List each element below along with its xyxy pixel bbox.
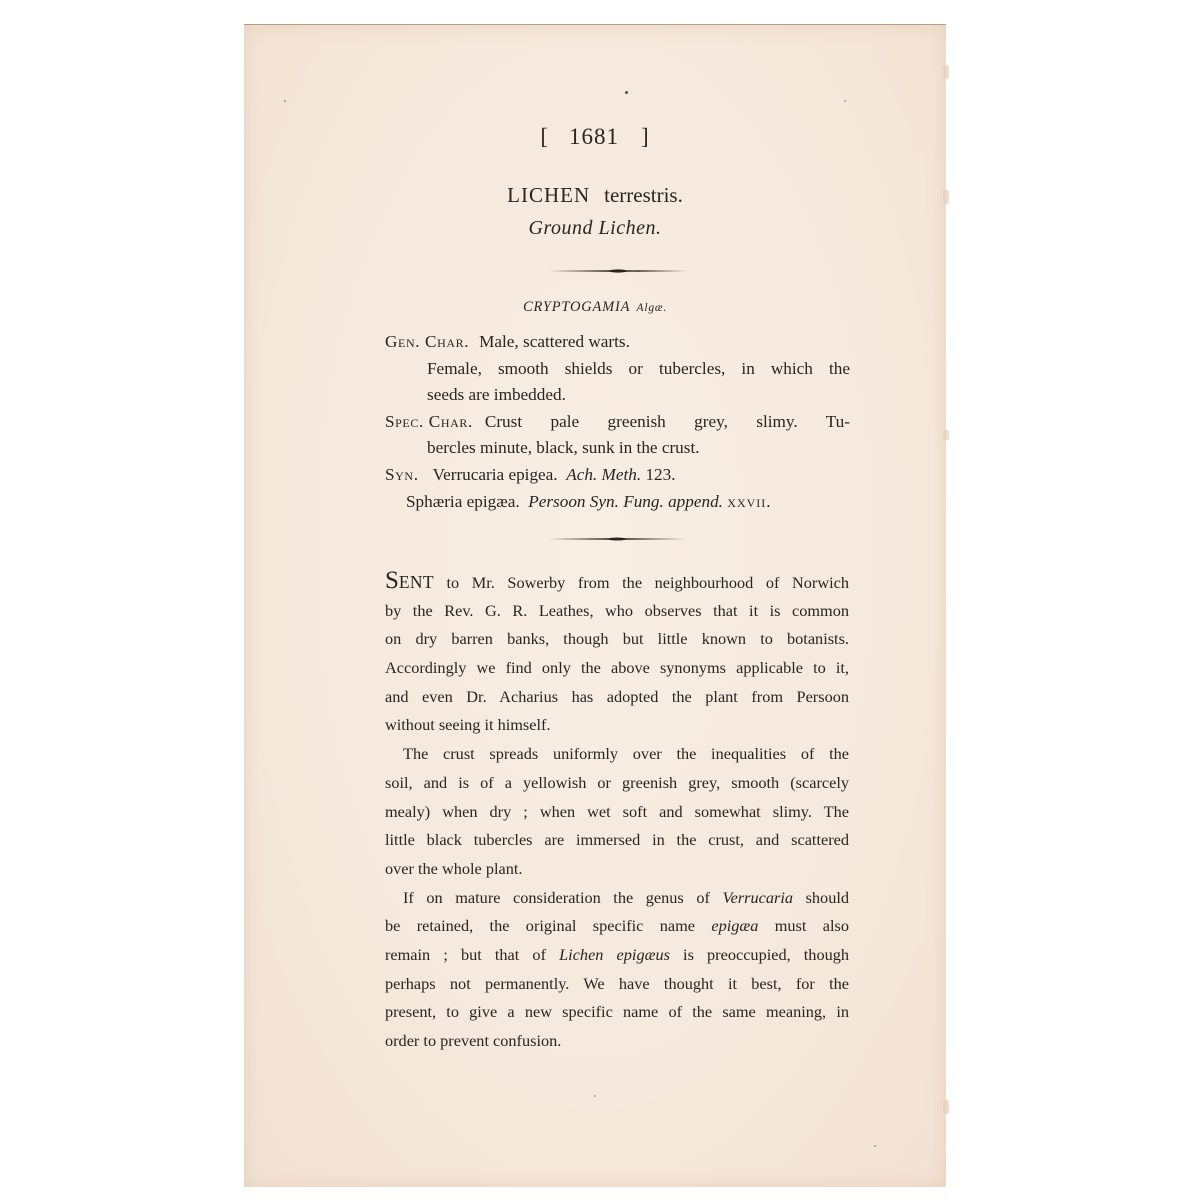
text-line: present, to give a new specific name of …: [385, 998, 849, 1027]
spec-char-label: Spec. Char.: [385, 409, 473, 436]
text-line: by the Rev. G. R. Leathes, who observes …: [385, 597, 849, 626]
paper-speck: [625, 91, 628, 94]
text-line: over the whole plant.: [385, 855, 849, 884]
characters-block: Gen. Char.Male, scattered warts. Female,…: [385, 329, 850, 515]
book-page: [1681] LICHENterrestris. Ground Lichen. …: [244, 24, 946, 1187]
text-line: without seeing it himself.: [385, 711, 849, 740]
synonym-page: xxvii.: [727, 492, 771, 511]
spec-char-line: Spec. Char.Crust pale greenish grey, sli…: [385, 409, 850, 436]
synonym-name: Sphæria epigæa.: [406, 492, 520, 511]
text-line: remain ; but that of Lichen epigæus is p…: [385, 941, 849, 970]
text-line: The crust spreads uniformly over the ine…: [385, 740, 849, 769]
text-line: perhaps not permanently. We have thought…: [385, 970, 849, 999]
page-edge-tear: [943, 65, 949, 79]
ornamental-divider: [548, 536, 686, 539]
text-line: soil, and is of a yellowish or greenish …: [385, 769, 849, 798]
small-caps-word: ENT: [399, 572, 434, 592]
spec-char-text: Crust pale greenish grey, slimy. Tu-: [485, 409, 850, 436]
text-line: order to prevent confusion.: [385, 1027, 849, 1056]
species-title: LICHENterrestris.: [244, 183, 946, 208]
text-line: little black tubercles are immersed in t…: [385, 826, 849, 855]
text-line: SENT to Mr. Sowerby from the neighbourho…: [385, 568, 849, 597]
gen-char-continuation: Female, smooth shields or tubercles, in …: [385, 356, 850, 383]
gen-char-text: Male, scattered warts.: [479, 332, 630, 351]
synonym-label: Syn.: [385, 465, 419, 484]
order-name: Algæ.: [637, 302, 668, 314]
description-body: SENT to Mr. Sowerby from the neighbourho…: [385, 568, 849, 1056]
spec-char-continuation: bercles minute, black, sunk in the crust…: [385, 435, 850, 462]
synonym-page: 123.: [645, 465, 675, 484]
paper-speck: [594, 1095, 596, 1097]
classification: CRYPTOGAMIA Algæ.: [244, 299, 946, 316]
plate-number-value: 1681: [569, 124, 619, 149]
synonym-reference: Ach. Meth.: [566, 465, 641, 484]
text-line: be retained, the original specific name …: [385, 912, 849, 941]
bracket-close: ]: [641, 124, 650, 150]
genus-name: LICHEN: [507, 183, 590, 207]
ornamental-divider: [549, 268, 687, 271]
gen-char-label: Gen. Char.: [385, 332, 469, 351]
synonym-name: Verrucaria epigea.: [433, 465, 558, 484]
paper-speck: [874, 1145, 876, 1147]
italic-term: Lichen epigæus: [559, 945, 670, 964]
species-epithet: terrestris.: [604, 183, 683, 207]
paper-speck: [284, 100, 286, 102]
common-name: Ground Lichen.: [244, 217, 946, 240]
italic-term: epigæa: [711, 916, 758, 935]
text-line: If on mature consideration the genus of …: [385, 884, 849, 913]
text-line: mealy) when dry ; when wet soft and some…: [385, 798, 849, 827]
paragraph: SENT to Mr. Sowerby from the neighbourho…: [385, 568, 849, 740]
text-line: Accordingly we find only the above synon…: [385, 654, 849, 683]
paper-speck: [844, 100, 846, 102]
plate-number: [1681]: [244, 124, 946, 150]
paragraph: The crust spreads uniformly over the ine…: [385, 740, 849, 883]
page-edge-tear: [943, 430, 949, 440]
synonym-line: Sphæria epigæa. Persoon Syn. Fung. appen…: [385, 489, 850, 516]
italic-term: Verrucaria: [722, 888, 793, 907]
synonym-reference: Persoon Syn. Fung. append.: [528, 492, 723, 511]
page-edge-tear: [943, 1100, 949, 1114]
bracket-open: [: [540, 124, 549, 150]
gen-char-continuation: seeds are imbedded.: [385, 382, 850, 409]
class-name: CRYPTOGAMIA: [523, 299, 630, 315]
text-line: and even Dr. Acharius has adopted the pl…: [385, 683, 849, 712]
text-line: on dry barren banks, though but little k…: [385, 625, 849, 654]
synonym-line: Syn. Verrucaria epigea. Ach. Meth. 123.: [385, 462, 850, 489]
drop-capital: S: [385, 567, 399, 594]
paragraph: If on mature consideration the genus of …: [385, 884, 849, 1056]
gen-char-line: Gen. Char.Male, scattered warts.: [385, 329, 850, 356]
